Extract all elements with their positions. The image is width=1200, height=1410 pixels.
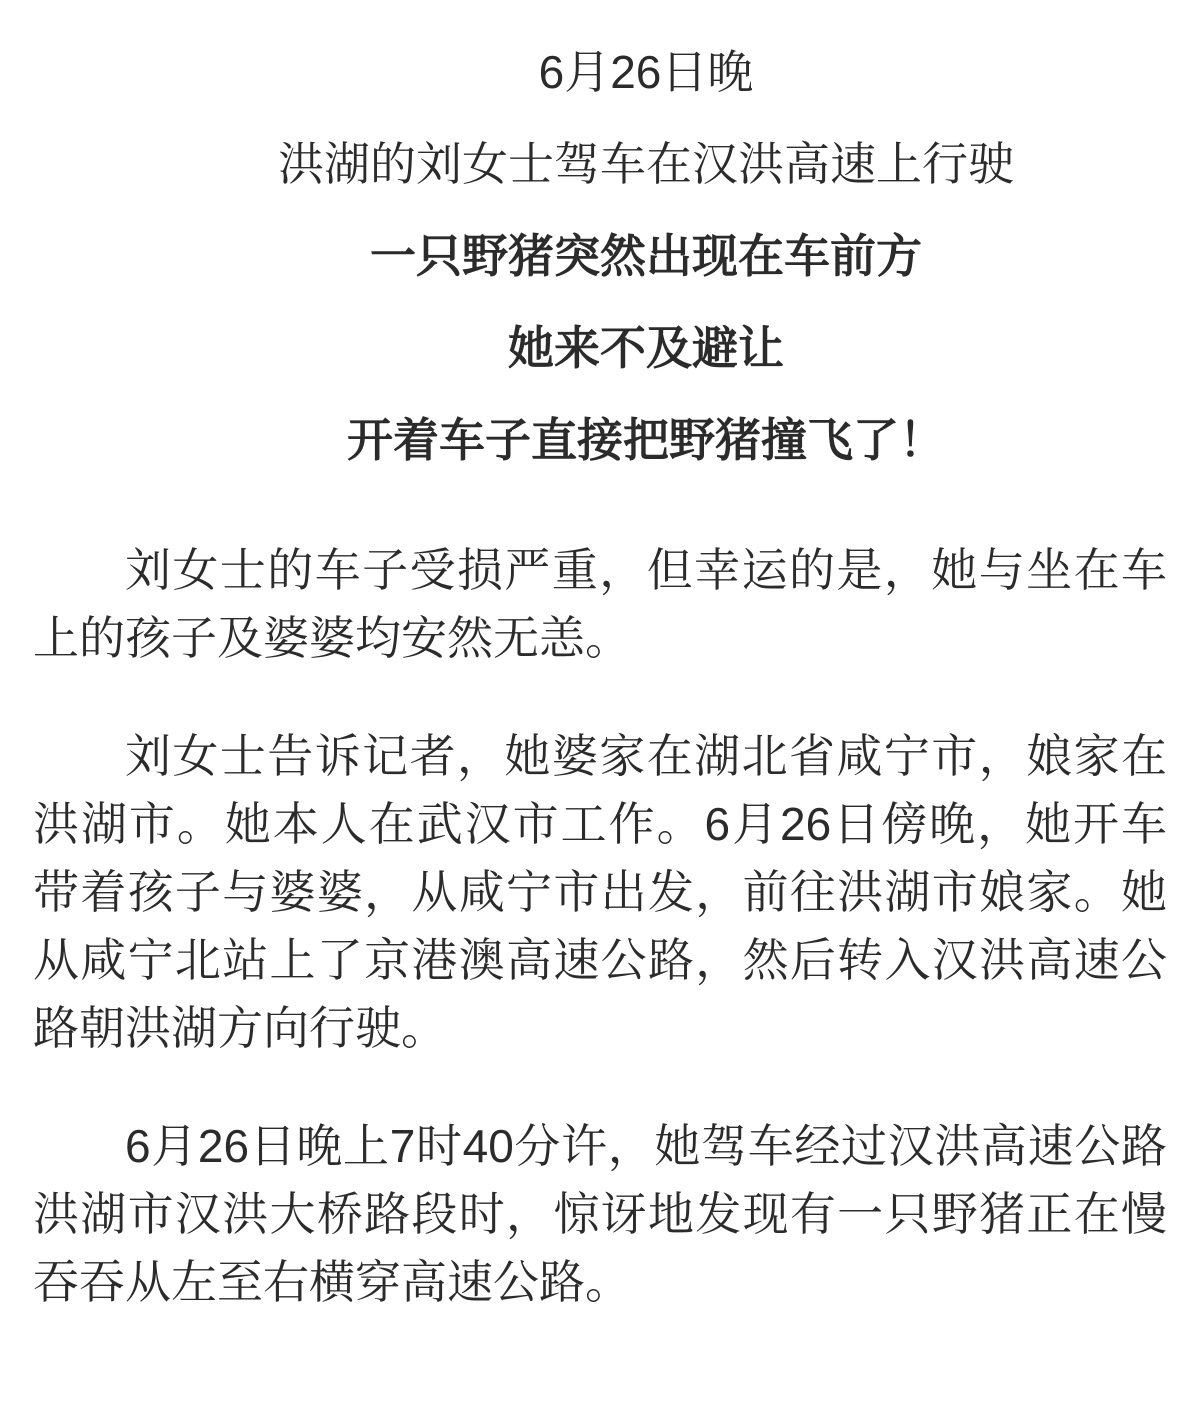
intro-line-date: 6月26日晚 [33,26,1167,118]
article-body: 刘女士的车子受损严重，但幸运的是，她与坐在车上的孩子及婆婆均安然无恙。 刘女士告… [33,536,1167,1316]
headline-line-2: 她来不及避让 [33,302,1167,394]
paragraph-3: 6月26日晚上7时40分许，她驾车经过汉洪高速公路洪湖市汉洪大桥路段时，惊讶地发… [33,1112,1167,1316]
article-page: 6月26日晚 洪湖的刘女士驾车在汉洪高速上行驶 一只野猪突然出现在车前方 她来不… [0,0,1200,1410]
article-intro: 6月26日晚 洪湖的刘女士驾车在汉洪高速上行驶 一只野猪突然出现在车前方 她来不… [33,26,1167,486]
paragraph-1: 刘女士的车子受损严重，但幸运的是，她与坐在车上的孩子及婆婆均安然无恙。 [33,536,1167,672]
headline-line-3: 开着车子直接把野猪撞飞了！ [33,394,1167,486]
intro-line-lede: 洪湖的刘女士驾车在汉洪高速上行驶 [33,118,1167,210]
headline-line-1: 一只野猪突然出现在车前方 [33,210,1167,302]
paragraph-2: 刘女士告诉记者，她婆家在湖北省咸宁市，娘家在洪湖市。她本人在武汉市工作。6月26… [33,722,1167,1062]
